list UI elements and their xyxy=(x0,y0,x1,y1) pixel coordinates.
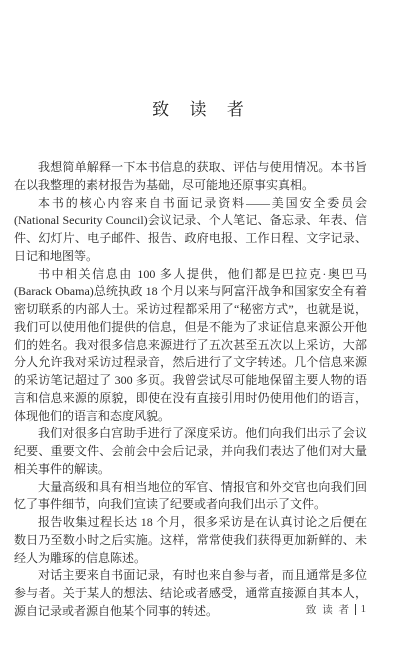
footer-page-number: 1 xyxy=(361,604,366,615)
body-paragraph: 大量高级和具有相当地位的军官、情报官和外交官也向我们回忆了事件细节，向我们宣读了… xyxy=(14,479,367,515)
body-paragraph: 报告收集过程长达 18 个月，很多采访是在认真讨论之后便在数日乃至数小时之后实施… xyxy=(14,514,367,567)
page-footer: 致读者 1 xyxy=(306,602,366,617)
body-paragraph: 我想简单解释一下本书信息的获取、评估与使用情况。本书旨在以我整理的素材报告为基础… xyxy=(14,159,367,195)
page-title: 致读者 xyxy=(0,95,396,120)
body-paragraph: 本书的核心内容来自书面记录资料——美国安全委员会(National Securi… xyxy=(14,195,367,266)
footer-divider xyxy=(355,604,356,615)
book-page: 致读者 我想简单解释一下本书信息的获取、评估与使用情况。本书旨在以我整理的素材报… xyxy=(0,0,396,648)
body-text: 我想简单解释一下本书信息的获取、评估与使用情况。本书旨在以我整理的素材报告为基础… xyxy=(14,159,367,621)
body-paragraph: 书中相关信息由 100 多人提供，他们都是巴拉克·奥巴马(Barack Obam… xyxy=(14,266,367,426)
footer-chapter-label: 致读者 xyxy=(306,602,355,617)
body-paragraph: 我们对很多白宫助手进行了深度采访。他们向我们出示了会议纪要、重要文件、会前会中会… xyxy=(14,425,367,478)
